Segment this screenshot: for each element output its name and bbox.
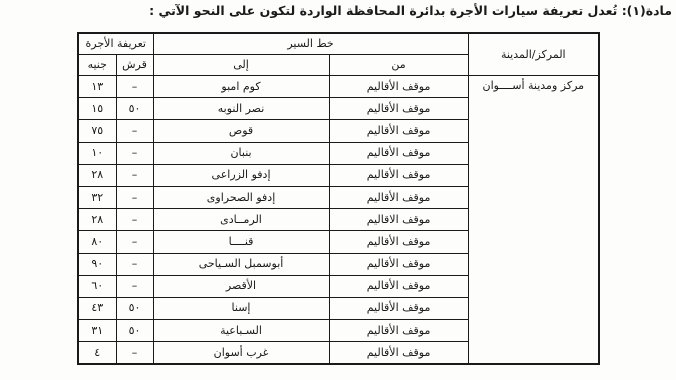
piaster-cell: – [116,76,153,98]
pound-cell: ١٥ [78,98,116,120]
table-row: مركز ومدينة أســــوان موقف الأقاليم كوم … [78,76,599,98]
document-page: مادة(١): تُعدل تعريفة سيارات الأجرة بدائ… [0,0,676,380]
header-route: خط السير [153,33,468,55]
header-piaster: قرش [116,55,153,76]
piaster-cell: – [116,120,153,142]
to-cell: إسنا [153,297,329,319]
pound-cell: ٢٨ [78,209,116,231]
to-cell: كوم امبو [153,76,329,98]
article-label: مادة(١): [622,3,672,18]
article-heading: مادة(١): تُعدل تعريفة سيارات الأجرة بدائ… [180,2,672,20]
pound-cell: ٤ [78,342,116,365]
pound-cell: ٦٠ [78,275,116,297]
from-cell: موقف الأقاليم [329,120,468,142]
to-cell: أبوسمبل السـياحى [153,253,329,275]
header-from: من [329,55,468,76]
from-cell: موقف الأقاليم [329,142,468,164]
to-cell: قنــــا [153,231,329,253]
from-cell: موقف الأقاليم [329,320,468,342]
pound-cell: ١٣ [78,76,116,98]
piaster-cell: – [116,275,153,297]
from-cell: موقف الأقاليم [329,164,468,186]
fare-table: المركز/المدينة خط السير تعريفة الأجرة من… [77,32,600,365]
from-cell: موقف الأقاليم [329,186,468,208]
header-to: إلى [153,55,329,76]
from-cell: موقف الاقاليم [329,209,468,231]
piaster-cell: – [116,142,153,164]
piaster-cell: ٥٠ [116,320,153,342]
piaster-cell: ٥٠ [116,297,153,319]
piaster-cell: – [116,186,153,208]
pound-cell: ١٠ [78,142,116,164]
piaster-cell: – [116,164,153,186]
from-cell: موقف الأقاليم [329,342,468,365]
header-row-1: المركز/المدينة خط السير تعريفة الأجرة [78,33,599,55]
header-fare: تعريفة الأجرة [78,33,153,55]
header-pound: جنيه [78,55,116,76]
from-cell: موقف الأقاليم [329,98,468,120]
pound-cell: ٩٠ [78,253,116,275]
to-cell: إدفو الصحراوى [153,186,329,208]
piaster-cell: – [116,209,153,231]
header-center: المركز/المدينة [468,33,599,76]
pound-cell: ٣٢ [78,186,116,208]
pound-cell: ٧٥ [78,120,116,142]
piaster-cell: – [116,231,153,253]
to-cell: إدفو الزراعى [153,164,329,186]
pound-cell: ٤٣ [78,297,116,319]
piaster-cell: – [116,253,153,275]
to-cell: الرمــادى [153,209,329,231]
to-cell: نصر النوبه [153,98,329,120]
pound-cell: ٣١ [78,320,116,342]
piaster-cell: ٥٠ [116,98,153,120]
center-name-cell: مركز ومدينة أســــوان [468,76,599,365]
article-text: تُعدل تعريفة سيارات الأجرة بدائرة المحاف… [149,3,617,18]
to-cell: السـباعية [153,320,329,342]
from-cell: موقف الأقاليم [329,297,468,319]
from-cell: موقف الأقاليم [329,253,468,275]
from-cell: موقف الأقاليم [329,76,468,98]
from-cell: موقف الأقاليم [329,231,468,253]
piaster-cell: – [116,342,153,365]
to-cell: بنبان [153,142,329,164]
to-cell: قوص [153,120,329,142]
pound-cell: ٢٨ [78,164,116,186]
from-cell: موقف الأقاليم [329,275,468,297]
pound-cell: ٨٠ [78,231,116,253]
to-cell: الأقصر [153,275,329,297]
to-cell: غرب أسوان [153,342,329,365]
